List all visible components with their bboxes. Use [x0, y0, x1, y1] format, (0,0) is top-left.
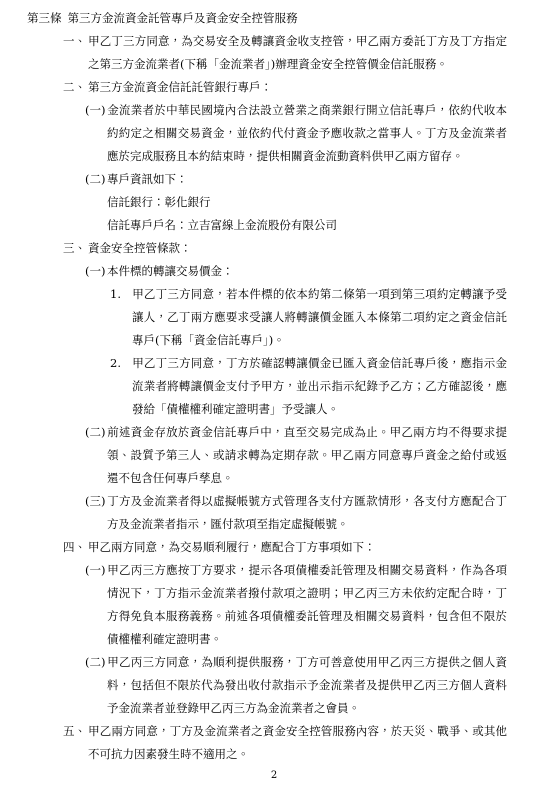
clause-marker: 二、 [63, 76, 88, 99]
clause-text: 甲乙兩方同意，丁方及金流業者之資金安全控管服務內容，於天災、戰爭、或其他不可抗力… [88, 724, 507, 761]
article-heading: 第三條第三方金流資金託管專戶及資金安全控管服務 [27, 7, 507, 30]
article-number: 第三條 [27, 11, 62, 25]
clause-marker: 五、 [63, 720, 88, 743]
clause-marker: (二) [85, 421, 107, 444]
clause-item: (二)甲乙丙三方同意，為順利提供服務，丁方可善意使用甲乙丙三方提供之個人資料，包… [85, 651, 507, 720]
clause-item: 1.甲乙丁三方同意，若本件標的依本約第二條第一項到第三項約定轉讓予受讓人，乙丁兩… [110, 283, 507, 352]
clause-marker: 三、 [63, 237, 88, 260]
clause-item: (一)金流業者於中華民國境內合法設立營業之商業銀行開立信託專戶，依約代收本約約定… [85, 99, 507, 168]
clause-marker: (一) [85, 99, 107, 122]
clause-marker: (二) [85, 168, 107, 191]
clause-text: 專戶資訊如下： [107, 172, 188, 186]
clause-text: 甲乙丙三方同意，為順利提供服務，丁方可善意使用甲乙丙三方提供之個人資料，包括但不… [107, 655, 507, 715]
clause-marker: 2. [110, 352, 132, 375]
clause-text: 甲乙丁三方同意，丁方於確認轉讓價金已匯入資金信託專戶後，應指示金流業者將轉讓價金… [132, 356, 507, 416]
clause-item: (一)甲乙丙三方應按丁方要求，提示各項債權委託管理及相關交易資料，作為各項情況下… [85, 559, 507, 651]
clause-item: 二、第三方金流資金信託託管銀行專戶： [63, 76, 507, 99]
clause-item: (一)本件標的轉讓交易價金： [85, 260, 507, 283]
clause-text: 甲乙丙三方應按丁方要求，提示各項債權委託管理及相關交易資料，作為各項情況下，丁方… [107, 563, 507, 646]
account-info-line: 信託銀行：彰化銀行 [107, 191, 507, 214]
clause-text: 甲乙丁三方同意，若本件標的依本約第二條第一項到第三項約定轉讓予受讓人，乙丁兩方應… [132, 287, 507, 347]
clause-marker: (三) [85, 490, 107, 513]
clause-item: 2.甲乙丁三方同意，丁方於確認轉讓價金已匯入資金信託專戶後，應指示金流業者將轉讓… [110, 352, 507, 421]
clause-marker: (二) [85, 651, 107, 674]
clause-text: 第三方金流資金信託託管銀行專戶： [88, 80, 272, 94]
page-number: 2 [0, 770, 548, 782]
clause-text: 前述資金存放於資金信託專戶中，直至交易完成為止。甲乙兩方均不得要求提領、設質予第… [107, 425, 507, 485]
document-body: 第三條第三方金流資金託管專戶及資金安全控管服務 一、甲乙丁三方同意，為交易安全及… [0, 7, 548, 766]
clause-item: 四、甲乙兩方同意，為交易順利履行，應配合丁方事項如下： [63, 536, 507, 559]
clause-text: 資金安全控管條款： [88, 241, 192, 255]
article-title: 第三方金流資金託管專戶及資金安全控管服務 [68, 11, 298, 25]
clause-item: 一、甲乙丁三方同意，為交易安全及轉讓資金收支控管，甲乙兩方委託丁方及丁方指定之第… [63, 30, 507, 76]
clause-item: 五、甲乙兩方同意，丁方及金流業者之資金安全控管服務內容，於天災、戰爭、或其他不可… [63, 720, 507, 766]
clause-text: 金流業者於中華民國境內合法設立營業之商業銀行開立信託專戶，依約代收本約約定之相關… [107, 103, 507, 163]
contract-page: 第三條第三方金流資金託管專戶及資金安全控管服務 一、甲乙丁三方同意，為交易安全及… [0, 0, 548, 793]
clause-text: 丁方及金流業者得以虛擬帳號方式管理各支付方匯款情形，各支付方應配合丁方及金流業者… [107, 494, 507, 531]
clause-text: 甲乙丁三方同意，為交易安全及轉讓資金收支控管，甲乙兩方委託丁方及丁方指定之第三方… [88, 34, 507, 71]
clause-marker: 四、 [63, 536, 88, 559]
clause-marker: (一) [85, 260, 107, 283]
clause-marker: 一、 [63, 30, 88, 53]
clause-marker: 1. [110, 283, 132, 306]
clause-item: 三、資金安全控管條款： [63, 237, 507, 260]
clause-list: 一、甲乙丁三方同意，為交易安全及轉讓資金收支控管，甲乙兩方委託丁方及丁方指定之第… [0, 30, 507, 766]
account-info-line: 信託專戶戶名：立吉富線上金流股份有限公司 [107, 214, 507, 237]
clause-item: (二)專戶資訊如下： [85, 168, 507, 191]
clause-item: (三)丁方及金流業者得以虛擬帳號方式管理各支付方匯款情形，各支付方應配合丁方及金… [85, 490, 507, 536]
clause-text: 本件標的轉讓交易價金： [107, 264, 234, 278]
clause-text: 甲乙兩方同意，為交易順利履行，應配合丁方事項如下： [88, 540, 376, 554]
clause-marker: (一) [85, 559, 107, 582]
clause-item: (二)前述資金存放於資金信託專戶中，直至交易完成為止。甲乙兩方均不得要求提領、設… [85, 421, 507, 490]
